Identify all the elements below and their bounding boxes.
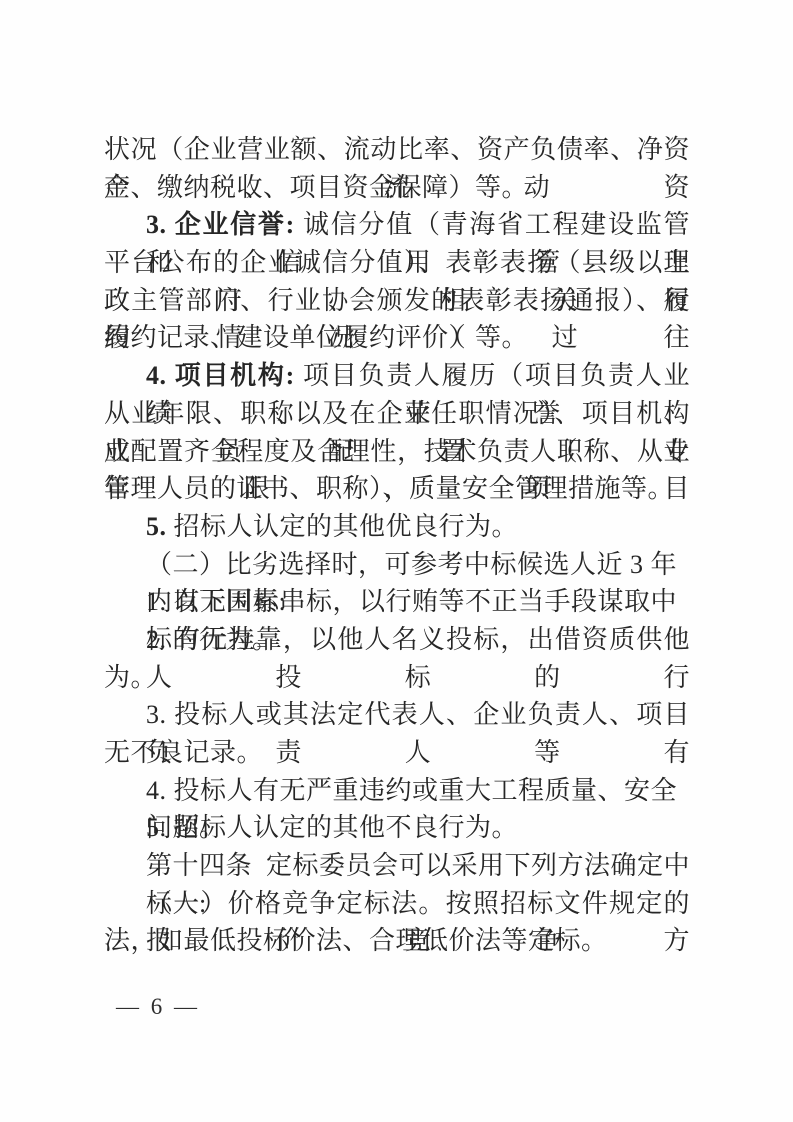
text-line: 业配置齐全程度及合理性，技术负责人职称、从业年限，项目	[104, 433, 690, 471]
text-line: 5. 招标人认定的其他不良行为。	[104, 809, 690, 847]
text-line: 4. 投标人有无严重违约或重大工程质量、安全问题。	[104, 772, 690, 810]
body-text-segment: 管理人员的证书、职称）、质量安全管理措施等。	[104, 474, 674, 503]
text-line: 平台公布的企业诚信分值）、表彰表扬（县级以上政府、相关行	[104, 244, 690, 282]
text-line: （一）价格竞争定标法。按照招标文件规定的报价竞争方	[104, 885, 690, 923]
text-line: 从业年限、职称以及在企业任职情况）、项目机构成员配置（专	[104, 395, 690, 433]
text-line: 状况（企业营业额、流动比率、资产负债率、净资产、流动资	[104, 131, 690, 169]
bold-text-segment: 5.	[146, 512, 174, 541]
body-text-segment: 5. 招标人认定的其他不良行为。	[146, 813, 518, 842]
bold-text-segment: 4. 项目机构:	[146, 361, 303, 390]
text-line: 3. 投标人或其法定代表人、企业负责人、项目负责人等有	[104, 696, 690, 734]
text-line: 4. 项目机构: 项目负责人履历（项目负责人业绩、荣誉、	[104, 357, 690, 395]
body-text-segment: 为。	[104, 663, 157, 692]
text-line: 管理人员的证书、职称）、质量安全管理措施等。	[104, 470, 690, 508]
text-line: 法，如最低投标价法、合理低价法等定标。	[104, 922, 690, 960]
body-text-segment: 履约记录、建设单位履约评价）等。	[104, 323, 528, 352]
body-text-segment: 2. 有无挂靠，以他人名义投标，出借资质供他人投标的行	[146, 625, 690, 692]
text-line: 第十四条 定标委员会可以采用下列方法确定中标人:	[104, 847, 690, 885]
bold-text-segment: 3. 企业信誉:	[146, 210, 303, 239]
body-text-segment: 无不良记录。	[104, 738, 263, 767]
body-text-segment: 招标人认定的其他优良行为。	[174, 512, 519, 541]
body-text-segment: 金、缴纳税收、项目资金保障）等。	[104, 173, 528, 202]
text-line: 3. 企业信誉: 诚信分值（青海省工程建设监管和信用管理	[104, 206, 690, 244]
text-line: （二）比劣选择时，可参考中标候选人近 3 年内以下因素:	[104, 546, 690, 584]
document-page: 状况（企业营业额、流动比率、资产负债率、净资产、流动资金、缴纳税收、项目资金保障…	[0, 0, 793, 1122]
text-line: 5. 招标人认定的其他优良行为。	[104, 508, 690, 546]
body-text-segment: 法，如最低投标价法、合理低价法等定标。	[104, 926, 608, 955]
text-line: 政主管部门、行业协会颁发的表彰表扬通报）、履约情况（过往	[104, 282, 690, 320]
text-body: 状况（企业营业额、流动比率、资产负债率、净资产、流动资金、缴纳税收、项目资金保障…	[104, 131, 690, 960]
text-line: 2. 有无挂靠，以他人名义投标，出借资质供他人投标的行	[104, 621, 690, 659]
page-number: — 6 —	[116, 994, 200, 1020]
text-line: 1. 有无围标串标，以行贿等不正当手段谋取中标的行为。	[104, 583, 690, 621]
